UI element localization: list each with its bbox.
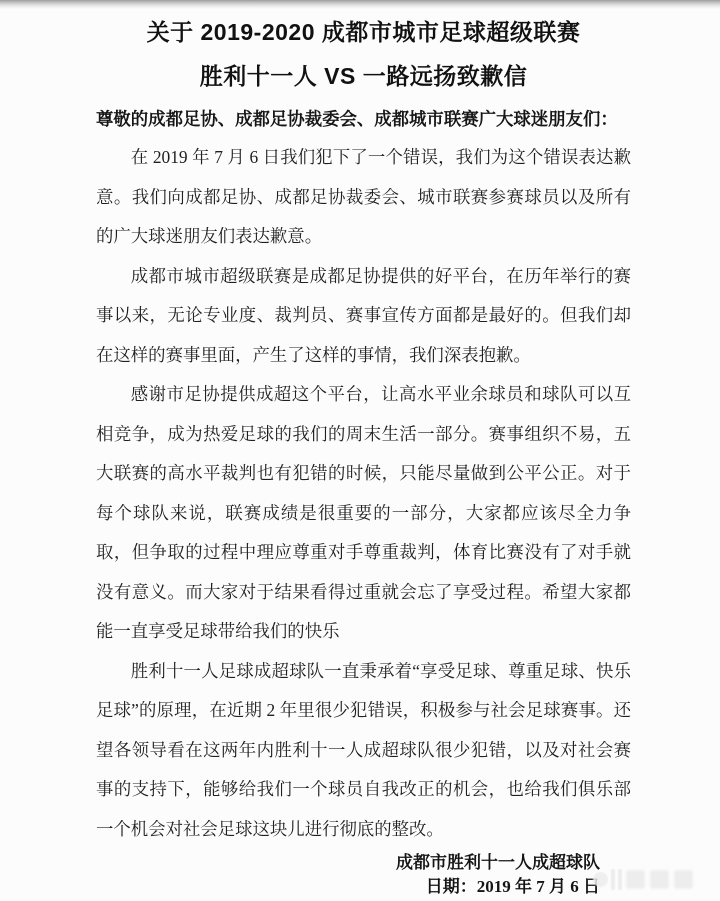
watermark-glyph: [649, 869, 670, 890]
letter-body: 在 2019 年 7 月 6 日我们犯下了一个错误，我们为这个错误表达歉意。我们…: [96, 138, 631, 849]
apology-letter-page: 关于 2019-2020 成都市城市足球超级联赛 胜利十一人 VS 一路远扬致歉…: [0, 0, 720, 901]
salutation: 尊敬的成都足协、成都足协裁委会、成都城市联赛广大球迷朋友们：: [96, 100, 631, 138]
paragraph-4: 胜利十一人足球成超球队一直秉承着“享受足球、尊重足球、快乐足球”的原理，在近期 …: [96, 652, 631, 850]
paragraph-3: 感谢市足协提供成超这个平台，让高水平业余球员和球队可以互相竞争，成为热爱足球的我…: [96, 375, 631, 652]
paragraph-1: 在 2019 年 7 月 6 日我们犯下了一个错误，我们为这个错误表达歉意。我们…: [96, 138, 631, 257]
signature-team: 成都市胜利十一人成超球队: [96, 851, 600, 875]
letter-title-line-2: 胜利十一人 VS 一路远扬致歉信: [96, 54, 631, 98]
paragraph-2: 成都市城市超级联赛是成都足协提供的好平台，在历年举行的赛事以来，无论专业度、裁判…: [96, 257, 631, 376]
scan-edge-strip: [0, 0, 720, 9]
letter-title: 关于 2019-2020 成都市城市足球超级联赛 胜利十一人 VS 一路远扬致歉…: [96, 8, 631, 98]
letter-title-line-1: 关于 2019-2020 成都市城市足球超级联赛: [96, 10, 631, 54]
signature-date: 日期：2019 年 7 月 6 日: [96, 875, 600, 899]
watermark-glyph: [673, 869, 694, 890]
signature-block: 成都市胜利十一人成超球队 日期：2019 年 7 月 6 日: [96, 851, 631, 899]
